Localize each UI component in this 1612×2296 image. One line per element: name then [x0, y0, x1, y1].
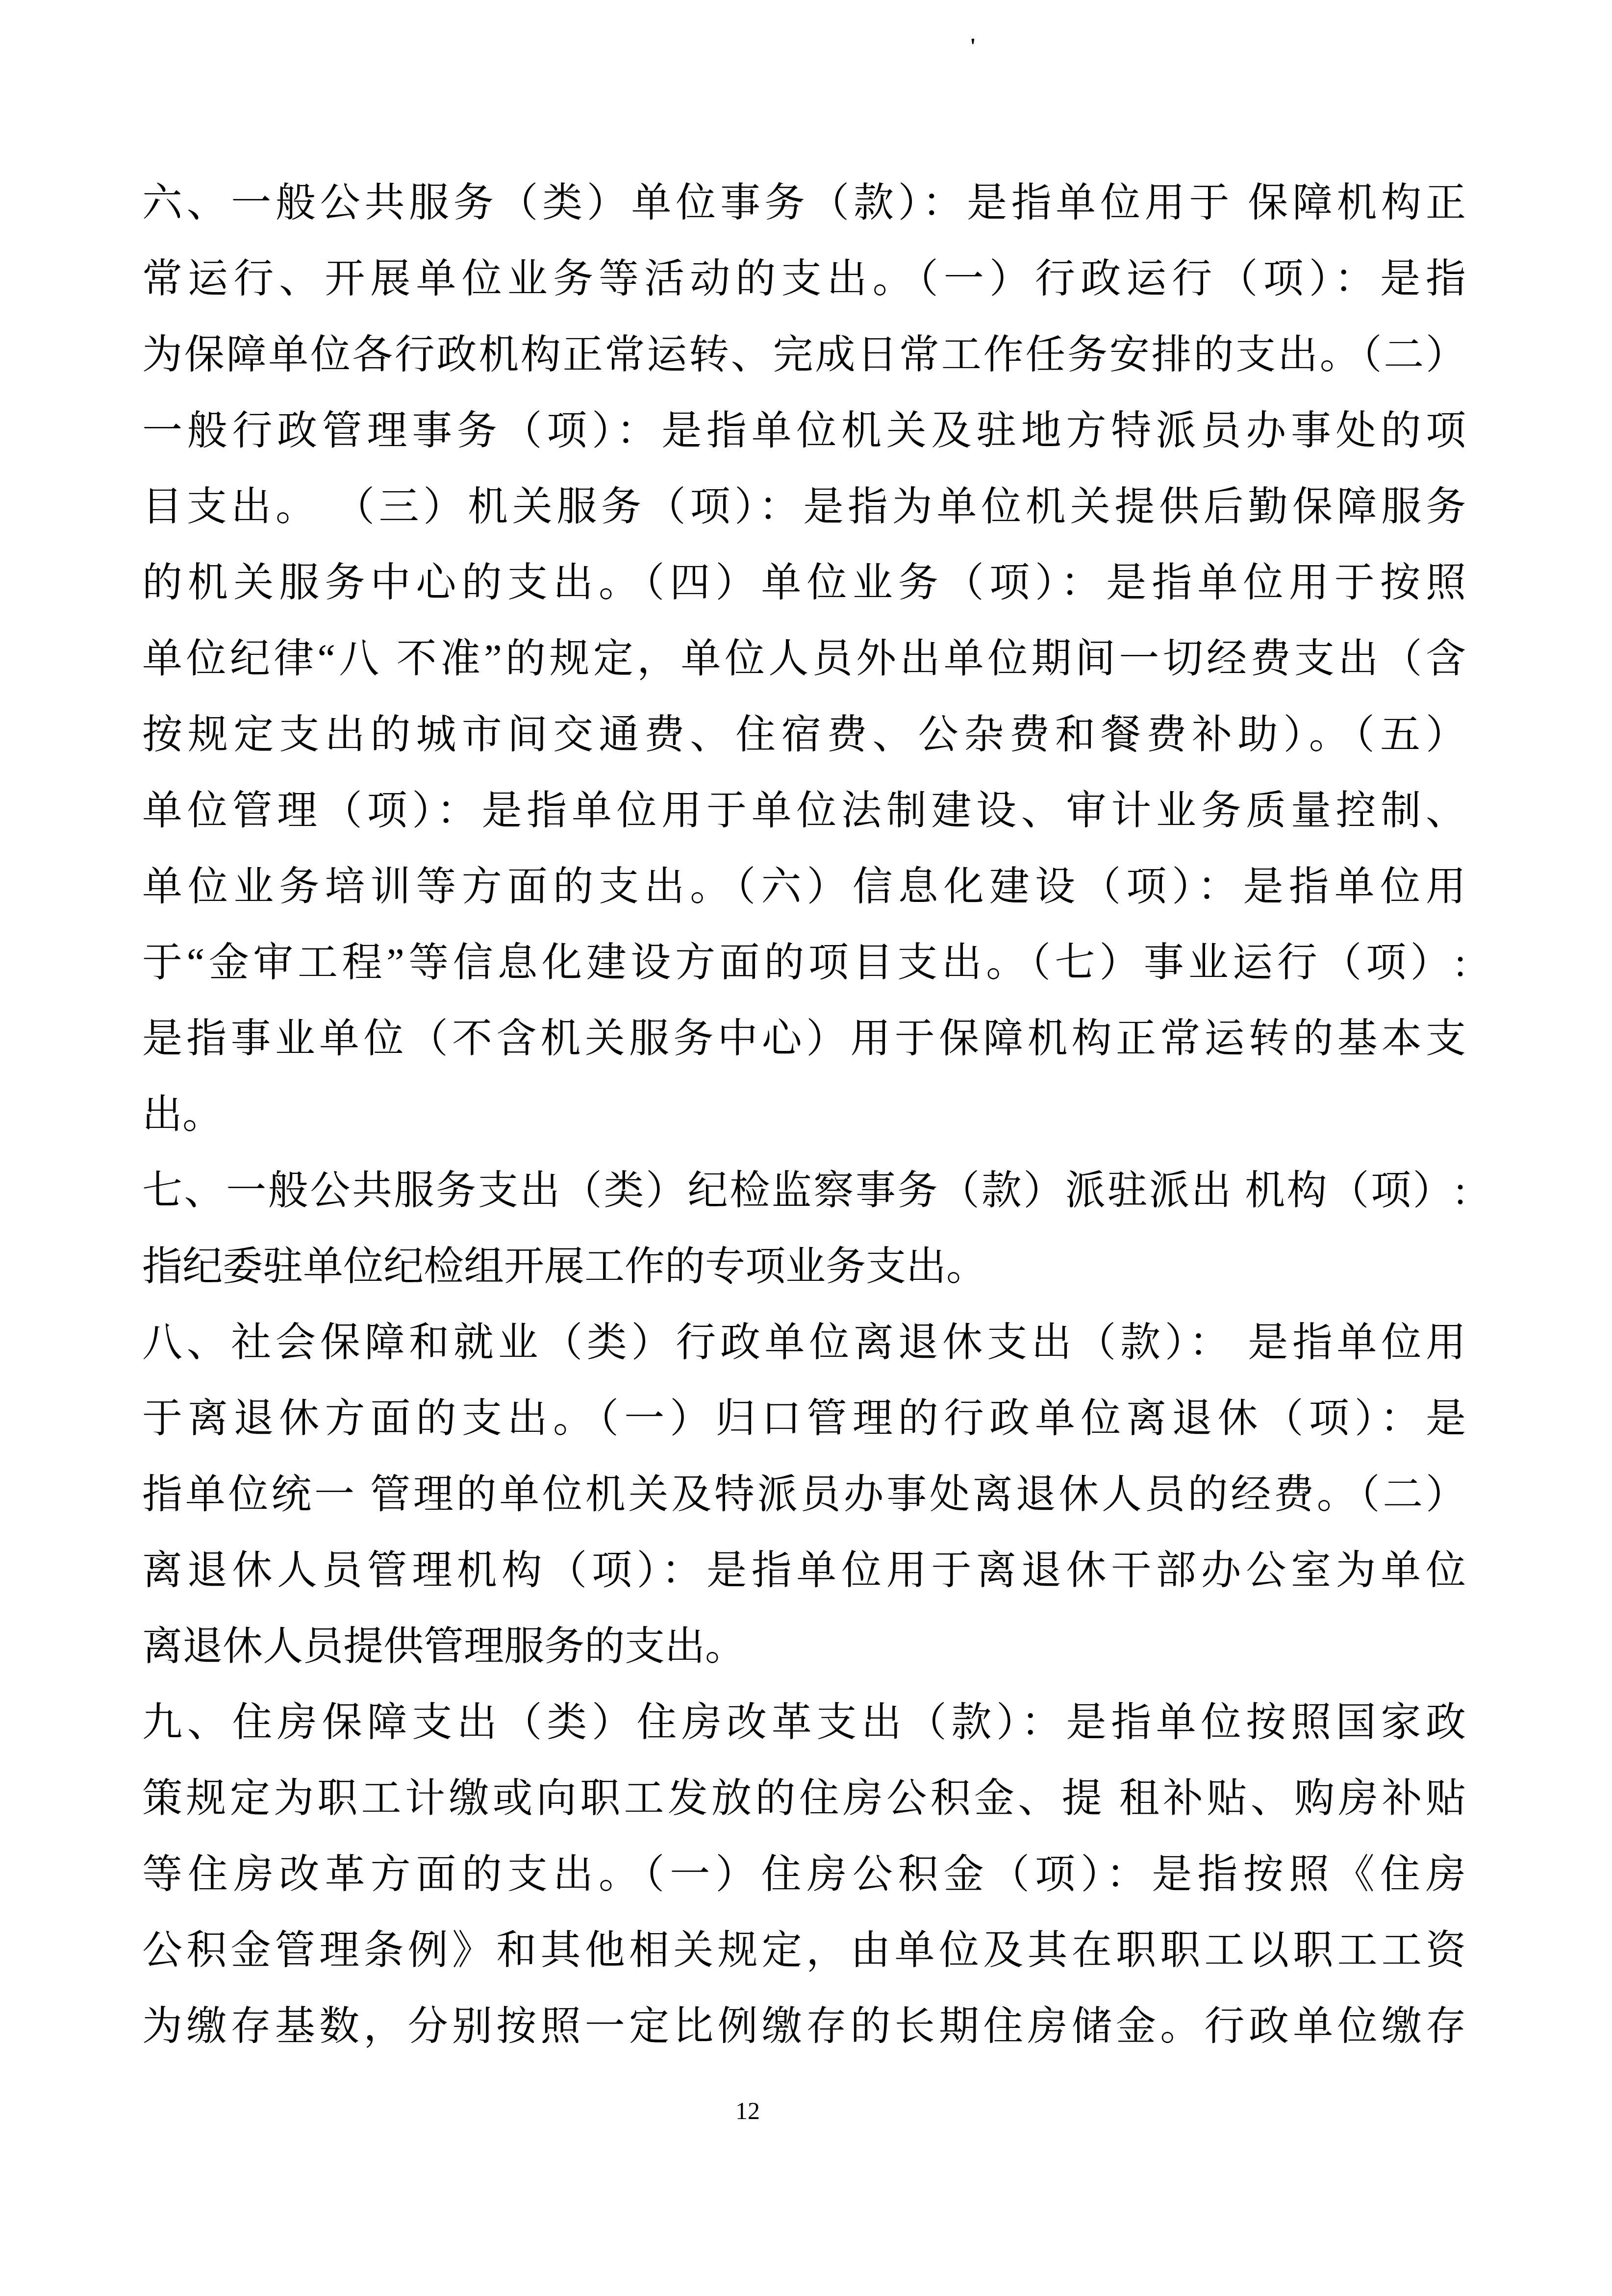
text-line: 单位业务培训等方面的支出。（六）信息化建设（项）：是指单位用	[142, 849, 1466, 924]
text-line: 指单位统一 管理的单位机关及特派员办事处离退休人员的经费。（二）	[142, 1456, 1466, 1532]
text-line: 八、社会保障和就业（类）行政单位离退休支出（款）： 是指单位用	[142, 1304, 1466, 1380]
text-line: 离退休人员管理机构（项）：是指单位用于离退休干部办公室为单位	[142, 1532, 1466, 1608]
document-body: 六、一般公共服务（类）单位事务（款）：是指单位用于 保障机构正 常运行、开展单位…	[142, 165, 1466, 2064]
text-line: 为缴存基数，分别按照一定比例缴存的长期住房储金。行政单位缴存	[142, 1988, 1466, 2064]
stray-mark: '	[970, 35, 976, 58]
text-line: 于“金审工程”等信息化建设方面的项目支出。（七）事业运行（项）:	[142, 924, 1466, 1000]
text-line: 七、一般公共服务支出（类）纪检监察事务（款）派驻派出 机构（项）:	[142, 1152, 1466, 1228]
text-line: 离退休人员提供管理服务的支出。	[142, 1608, 1466, 1684]
text-line: 九、住房保障支出（类）住房改革支出（款）：是指单位按照国家政	[142, 1684, 1466, 1760]
text-line: 公积金管理条例》和其他相关规定，由单位及其在职职工以职工工资	[142, 1912, 1466, 1988]
text-line: 于离退休方面的支出。（一）归口管理的行政单位离退休（项）：是	[142, 1380, 1466, 1456]
text-line: 单位管理（项）：是指单位用于单位法制建设、审计业务质量控制、	[142, 773, 1466, 849]
text-line: 按规定支出的城市间交通费、住宿费、公杂费和餐费补助）。（五）	[142, 697, 1466, 773]
text-line: 是指事业单位（不含机关服务中心）用于保障机构正常运转的基本支	[142, 1000, 1466, 1076]
text-line: 为保障单位各行政机构正常运转、完成日常工作任务安排的支出。（二）	[142, 317, 1466, 393]
text-line: 等住房改革方面的支出。（一）住房公积金（项）：是指按照《住房	[142, 1836, 1466, 1912]
document-page: ' 六、一般公共服务（类）单位事务（款）：是指单位用于 保障机构正 常运行、开展…	[0, 0, 1612, 2296]
text-line: 的机关服务中心的支出。（四）单位业务（项）：是指单位用于按照	[142, 545, 1466, 621]
text-line: 一般行政管理事务（项）：是指单位机关及驻地方特派员办事处的项	[142, 393, 1466, 469]
text-line: 目支出。 （三）机关服务（项）：是指为单位机关提供后勤保障服务	[142, 469, 1466, 545]
text-line: 出。	[142, 1076, 1466, 1152]
text-line: 常运行、开展单位业务等活动的支出。（一）行政运行（项）：是指	[142, 241, 1466, 317]
page-number: 12	[721, 2097, 775, 2124]
text-line: 指纪委驻单位纪检组开展工作的专项业务支出。	[142, 1228, 1466, 1304]
text-line: 策规定为职工计缴或向职工发放的住房公积金、提 租补贴、购房补贴	[142, 1760, 1466, 1836]
text-line: 单位纪律“八 不准”的规定，单位人员外出单位期间一切经费支出（含	[142, 621, 1466, 697]
text-line: 六、一般公共服务（类）单位事务（款）：是指单位用于 保障机构正	[142, 165, 1466, 241]
